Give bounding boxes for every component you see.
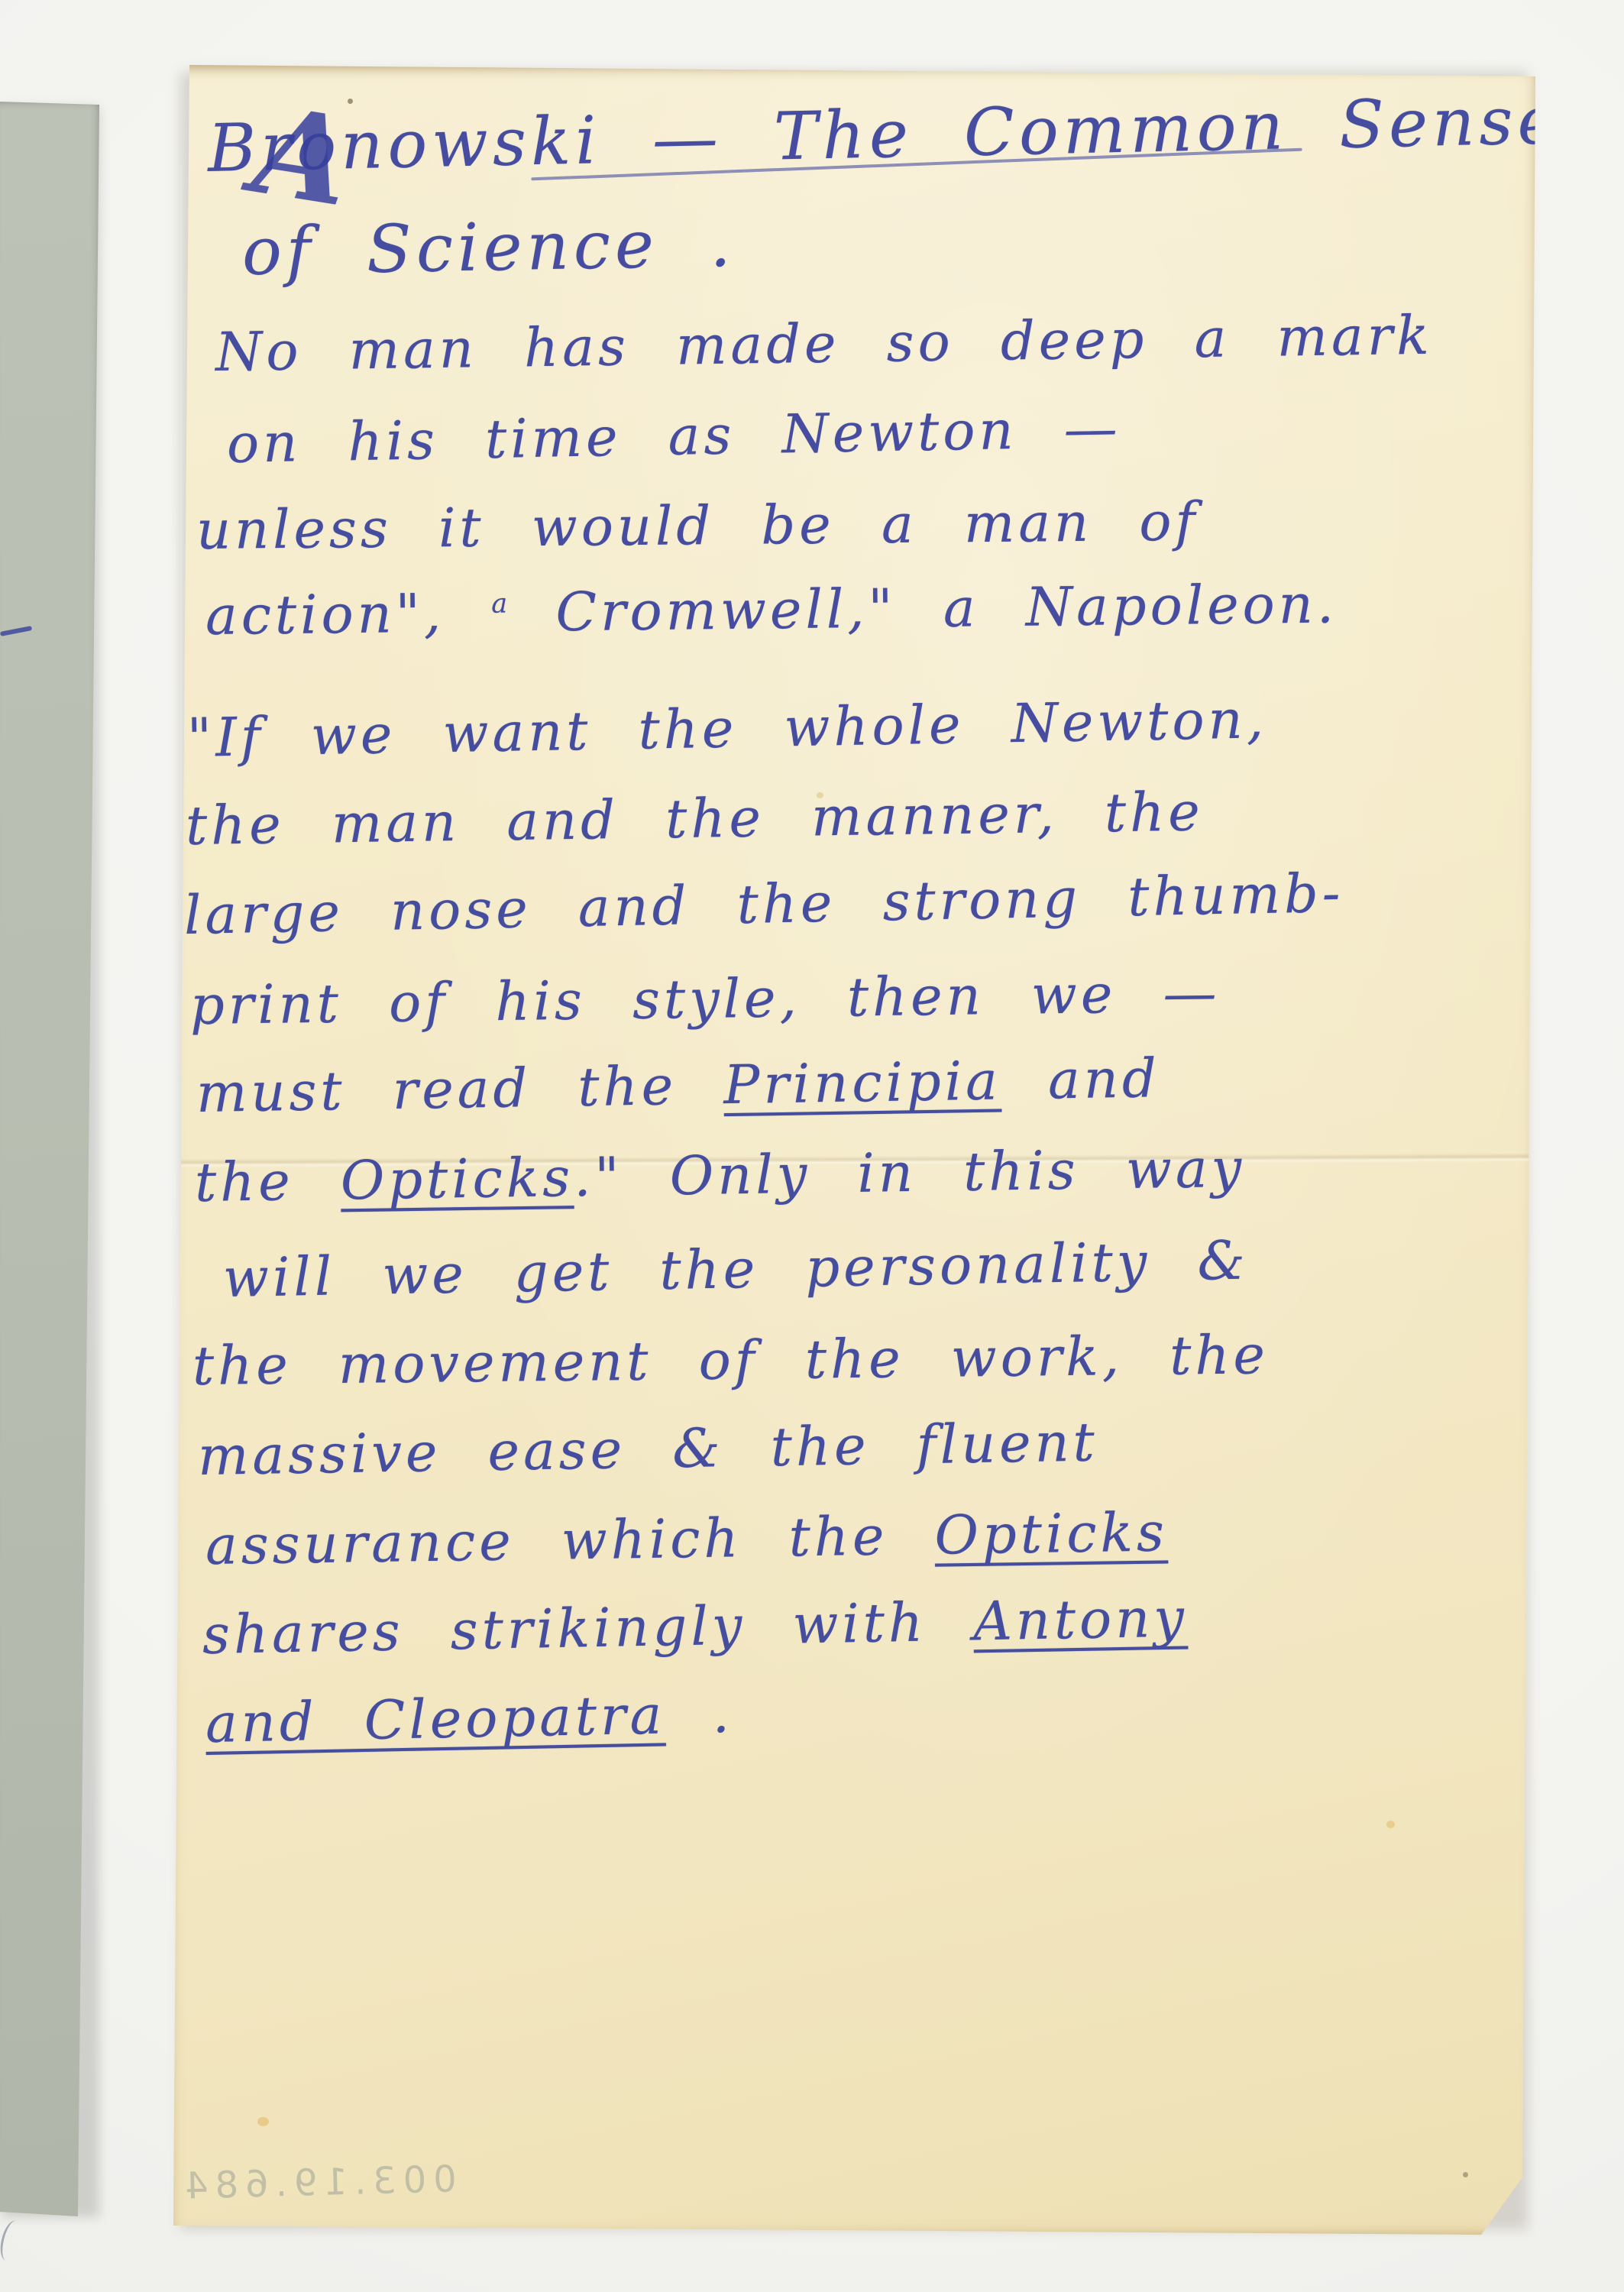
scanner-background: Bronowski — The Common Senseof Science .… (0, 0, 1624, 2292)
manuscript-line: print of his style, then we — (189, 962, 1220, 1037)
stray-pencil-curve (0, 2219, 25, 2263)
manuscript-segment: Cromwell," a Napoleon. (509, 572, 1338, 643)
manuscript-segment: and (1001, 1047, 1160, 1112)
manuscript-line: "If we want the whole Newton, (186, 688, 1267, 769)
manuscript-segment: action", (205, 581, 492, 647)
manuscript-segment: the movement of the work, the (192, 1323, 1270, 1397)
manuscript-segment: Principia (723, 1049, 1002, 1116)
manuscript-line: assurance which the Opticks (205, 1500, 1168, 1577)
manuscript-segment: Bronowski — The Common Sense (207, 83, 1561, 187)
manuscript-line: the man and the manner, the (185, 780, 1204, 857)
manuscript-segment: Opticks (934, 1500, 1168, 1566)
manuscript-segment: must read the (196, 1054, 724, 1125)
manuscript-segment: . (665, 1682, 733, 1747)
manuscript-segment: massive ease & the fluent (197, 1410, 1098, 1488)
manuscript-line: on his time as Newton — (226, 397, 1121, 475)
handwritten-text: Bronowski — The Common Senseof Science .… (173, 65, 1535, 2235)
manuscript-segment: a (491, 589, 509, 620)
manuscript-segment: large nose and the strong thumb- (183, 862, 1344, 947)
manuscript-segment: unless it would be a man of (196, 490, 1199, 562)
manuscript-line: the Opticks." Only in this way (194, 1137, 1245, 1214)
manuscript-line: must read the Principia and (196, 1047, 1160, 1125)
manuscript-segment: Opticks (340, 1146, 574, 1212)
manuscript-line: Bronowski — The Common Sense (207, 83, 1561, 187)
manuscript-segment: will we get the personality & (222, 1229, 1249, 1309)
manuscript-line: shares strikingly with Antony (202, 1586, 1188, 1666)
pencil-inscription-mirrored: 003.19.684 (177, 2158, 457, 2208)
manuscript-segment: Antony (972, 1586, 1188, 1653)
stray-pen-stroke (0, 626, 32, 636)
manuscript-segment: and Cleopatra (205, 1683, 666, 1755)
manuscript-segment: assurance which the (205, 1504, 935, 1577)
manuscript-line: No man has made so deep a mark (215, 304, 1433, 384)
manuscript-line: massive ease & the fluent (197, 1410, 1098, 1488)
manuscript-segment: the man and the manner, the (185, 780, 1204, 857)
manuscript-line: action", a Cromwell," a Napoleon. (205, 572, 1338, 647)
manuscript-line: and Cleopatra . (205, 1682, 733, 1755)
manuscript-segment: print of his style, then we — (189, 962, 1220, 1037)
manuscript-line: the movement of the work, the (192, 1323, 1270, 1397)
manuscript-line: large nose and the strong thumb- (183, 862, 1344, 947)
manuscript-segment: the (194, 1149, 341, 1214)
manuscript-line: will we get the personality & (222, 1229, 1249, 1309)
manuscript-segment: shares strikingly with (202, 1590, 974, 1666)
manuscript-segment: on his time as Newton — (226, 397, 1121, 475)
manuscript-segment: No man has made so deep a mark (215, 304, 1433, 384)
manuscript-segment: ." Only in this way (574, 1137, 1246, 1209)
note-paper: Bronowski — The Common Senseof Science .… (173, 65, 1535, 2235)
manuscript-line: unless it would be a man of (196, 490, 1199, 562)
manuscript-segment: "If we want the whole Newton, (186, 688, 1267, 769)
